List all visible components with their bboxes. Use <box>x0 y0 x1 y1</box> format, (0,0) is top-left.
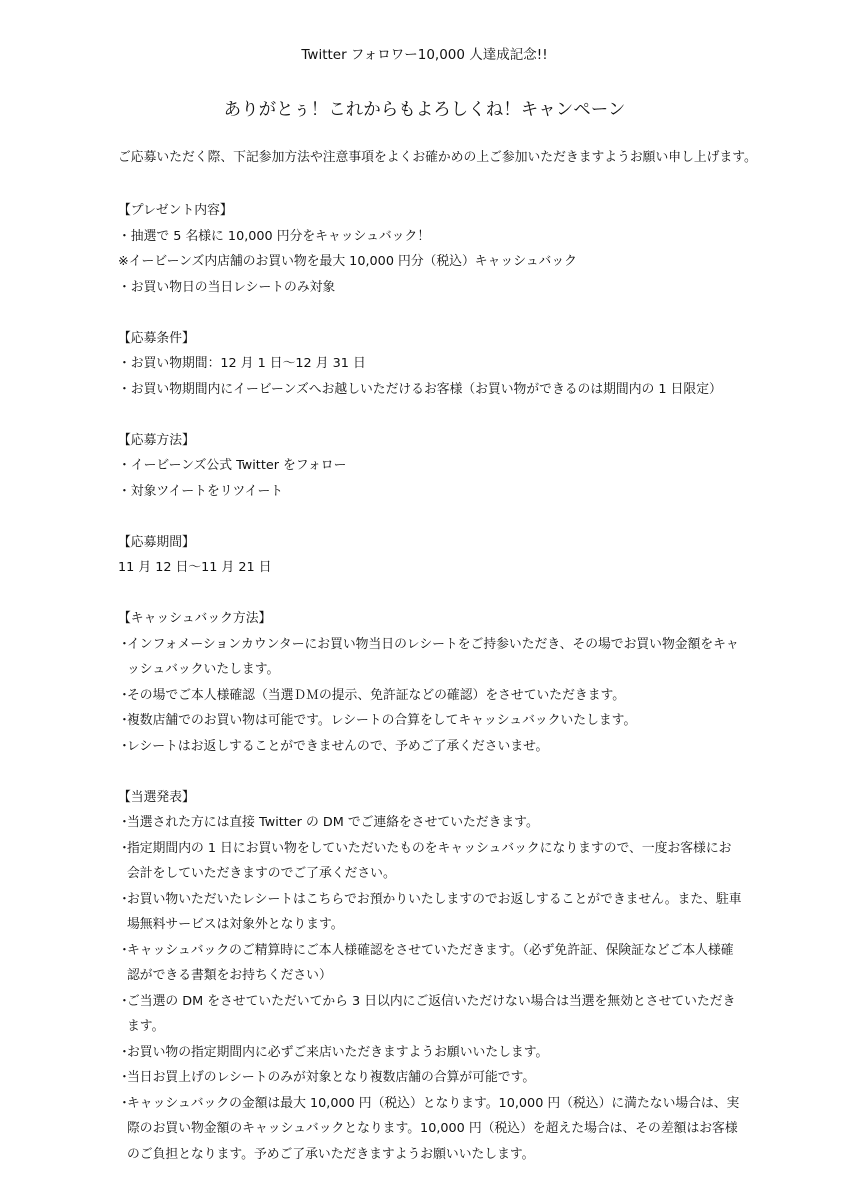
section-present: 【プレゼント内容】 ・抽選で 5 名様に 10,000 円分をキャッシュバック！… <box>118 198 743 300</box>
bullet-mark: ・ <box>118 708 127 734</box>
list-item-text: お買い物いただいたレシートはこちらでお預かりいたしますのでお返しすることができま… <box>127 887 743 938</box>
section-announcement: 【当選発表】 ・ 当選された方には直接 Twitter の DM でご連絡をさせ… <box>118 785 743 1168</box>
list-item-text: その場でご本人様確認（当選ＤＭの提示、免許証などの確認）をさせていただきます。 <box>127 683 625 709</box>
section-conditions: 【応募条件】 ・お買い物期間：12 月 1 日～12 月 31 日 ・お買い物期… <box>118 326 743 403</box>
list-item: ・イービーンズ公式 Twitter をフォロー <box>118 453 743 479</box>
list-item-text: 当選された方には直接 Twitter の DM でご連絡をさせていただきます。 <box>127 810 539 836</box>
bullet-mark: ・ <box>118 734 127 760</box>
bullet-mark: ・ <box>118 810 127 836</box>
list-item: ・お買い物期間：12 月 1 日～12 月 31 日 <box>118 351 743 377</box>
section-method: 【応募方法】 ・イービーンズ公式 Twitter をフォロー ・対象ツイートをリ… <box>118 428 743 505</box>
section-heading: 【プレゼント内容】 <box>118 198 743 224</box>
list-item-text: インフォメーションカウンターにお買い物当日のレシートをご持参いただき、その場でお… <box>127 632 743 683</box>
list-item: ・ お買い物いただいたレシートはこちらでお預かりいたしますのでお返しすることがで… <box>118 887 743 938</box>
section-heading: 【キャッシュバック方法】 <box>118 606 743 632</box>
intro-paragraph: ご応募いただく際、下記参加方法や注意事項をよくお確かめの上ご参加いただきますよう… <box>118 148 758 168</box>
list-item-text: キャッシュバックのご精算時にご本人様確認をさせていただきます。（必ず免許証、保険… <box>127 938 743 989</box>
section-heading: 【当選発表】 <box>118 785 743 811</box>
list-item: ・ 当日お買上げのレシートのみが対象となり複数店舗の合算が可能です。 <box>118 1065 743 1091</box>
bullet-mark: ・ <box>118 1091 127 1168</box>
list-item: ・ 複数店舗でのお買い物は可能です。レシートの合算をしてキャッシュバックいたしま… <box>118 708 743 734</box>
bullet-mark: ・ <box>118 632 127 683</box>
list-item: ・お買い物期間内にイービーンズへお越しいただけるお客様（お買い物ができるのは期間… <box>118 377 743 403</box>
section-heading: 【応募方法】 <box>118 428 743 454</box>
list-item-text: キャッシュバックの金額は最大 10,000 円（税込）となります。10,000 … <box>127 1091 743 1168</box>
list-item: ・ 当選された方には直接 Twitter の DM でご連絡をさせていただきます… <box>118 810 743 836</box>
bullet-mark: ・ <box>118 683 127 709</box>
bullet-mark: ・ <box>118 887 127 938</box>
list-item: ・ その場でご本人様確認（当選ＤＭの提示、免許証などの確認）をさせていただきます… <box>118 683 743 709</box>
bullet-mark: ・ <box>118 989 127 1040</box>
list-item: ・ 指定期間内の 1 日にお買い物をしていただいたものをキャッシュバックになりま… <box>118 836 743 887</box>
list-item-text: 複数店舗でのお買い物は可能です。レシートの合算をしてキャッシュバックいたします。 <box>127 708 636 734</box>
list-item: ・お買い物日の当日レシートのみ対象 <box>118 275 743 301</box>
list-item: ・ ご当選の DM をさせていただいてから 3 日以内にご返信いただけない場合は… <box>118 989 743 1040</box>
list-item-text: 当日お買上げのレシートのみが対象となり複数店舗の合算が可能です。 <box>127 1065 535 1091</box>
document-subtitle: Twitter フォロワー10,000 人達成記念!! <box>0 45 849 65</box>
section-cashback: 【キャッシュバック方法】 ・ インフォメーションカウンターにお買い物当日のレシー… <box>118 606 743 759</box>
document-page: Twitter フォロワー10,000 人達成記念!! ありがとぅ！これからもよ… <box>0 0 849 1200</box>
list-item-text: ご当選の DM をさせていただいてから 3 日以内にご返信いただけない場合は当選… <box>127 989 743 1040</box>
note-item: ※イービーンズ内店舗のお買い物を最大 10,000 円分（税込）キャッシュバック <box>118 249 743 275</box>
list-item: ・ インフォメーションカウンターにお買い物当日のレシートをご持参いただき、その場… <box>118 632 743 683</box>
list-item-text: お買い物の指定期間内に必ずご来店いただきますようお願いいたします。 <box>127 1040 548 1066</box>
list-item-text: レシートはお返しすることができませんので、予めご了承くださいませ。 <box>127 734 548 760</box>
bullet-mark: ・ <box>118 1040 127 1066</box>
period-value: 11 月 12 日～11 月 21 日 <box>118 555 743 581</box>
document-title: ありがとぅ！これからもよろしくね！キャンペーン <box>0 97 849 123</box>
section-heading: 【応募条件】 <box>118 326 743 352</box>
list-item: ・ お買い物の指定期間内に必ずご来店いただきますようお願いいたします。 <box>118 1040 743 1066</box>
list-item: ・ レシートはお返しすることができませんので、予めご了承くださいませ。 <box>118 734 743 760</box>
bullet-mark: ・ <box>118 836 127 887</box>
document-body: 【プレゼント内容】 ・抽選で 5 名様に 10,000 円分をキャッシュバック！… <box>118 198 743 1193</box>
list-item-text: 指定期間内の 1 日にお買い物をしていただいたものをキャッシュバックになりますの… <box>127 836 743 887</box>
bullet-mark: ・ <box>118 938 127 989</box>
section-heading: 【応募期間】 <box>118 530 743 556</box>
section-period: 【応募期間】 11 月 12 日～11 月 21 日 <box>118 530 743 581</box>
bullet-mark: ・ <box>118 1065 127 1091</box>
list-item: ・ キャッシュバックの金額は最大 10,000 円（税込）となります。10,00… <box>118 1091 743 1168</box>
list-item: ・抽選で 5 名様に 10,000 円分をキャッシュバック！ <box>118 224 743 250</box>
list-item: ・ キャッシュバックのご精算時にご本人様確認をさせていただきます。（必ず免許証、… <box>118 938 743 989</box>
list-item: ・対象ツイートをリツイート <box>118 479 743 505</box>
